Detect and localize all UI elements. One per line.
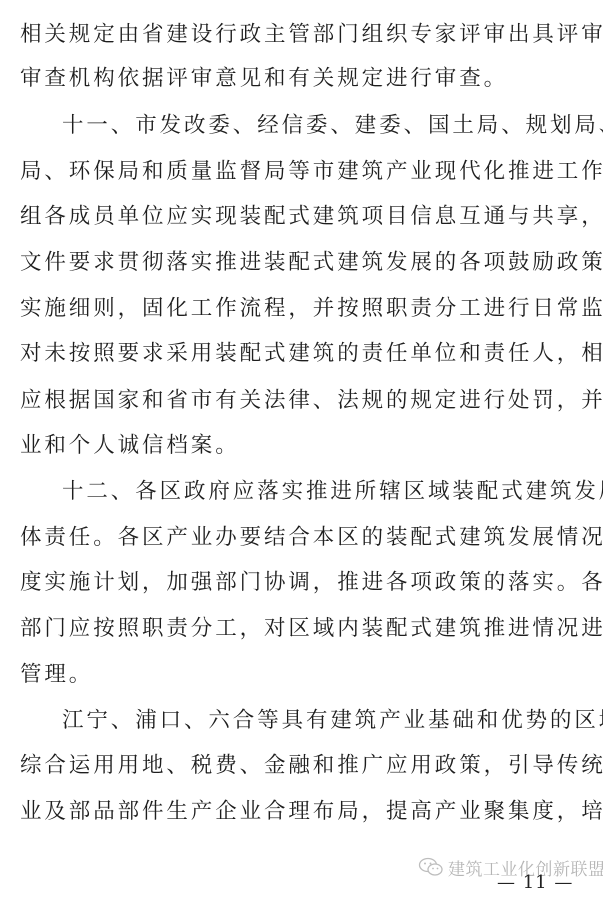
text-line: 业及部品部件生产企业合理布局，提高产业聚集度，培育一批 [20, 798, 603, 826]
text-line: 十二、各区政府应落实推进所辖区域装配式建筑发展的主 [62, 478, 603, 506]
text-line: 相关规定由省建设行政主管部门组织专家评审出具评审意见， [20, 21, 603, 49]
text-line: 组各成员单位应实现装配式建筑项目信息互通与共享，按相关 [20, 203, 603, 231]
text-line: 对未按照要求采用装配式建筑的责任单位和责任人，相关部门 [20, 340, 603, 368]
text-line: 体责任。各区产业办要结合本区的装配式建筑发展情况编制年 [20, 524, 603, 552]
text-line: 应根据国家和省市有关法律、法规的规定进行处罚，并记入企 [20, 387, 603, 415]
text-line: 文件要求贯彻落实推进装配式建筑发展的各项鼓励政策，制定 [20, 249, 603, 277]
text-line: 业和个人诚信档案。 [20, 432, 240, 460]
text-line: 部门应按照职责分工，对区域内装配式建筑推进情况进行监督 [20, 615, 603, 643]
document-page: 相关规定由省建设行政主管部门组织专家评审出具评审意见，审查机构依据评审意见和有关… [0, 0, 603, 900]
text-line: 十一、市发改委、经信委、建委、国土局、规划局、房产 [62, 112, 603, 140]
text-line: 局、环保局和质量监督局等市建筑产业现代化推进工作领导小 [20, 158, 603, 186]
wechat-icon [418, 857, 444, 877]
text-line: 综合运用用地、税费、金融和推广应用政策，引导传统建筑行 [20, 752, 603, 780]
text-line: 审查机构依据评审意见和有关规定进行审查。 [20, 65, 508, 93]
text-line: 度实施计划，加强部门协调，推进各项政策的落实。各区相关 [20, 569, 603, 597]
text-line: 实施细则，固化工作流程，并按照职责分工进行日常监督管理。 [20, 295, 603, 323]
page-number: — 11 — [497, 872, 573, 893]
text-line: 江宁、浦口、六合等具有建筑产业基础和优势的区域，应 [62, 707, 603, 735]
text-line: 管理。 [20, 661, 93, 689]
